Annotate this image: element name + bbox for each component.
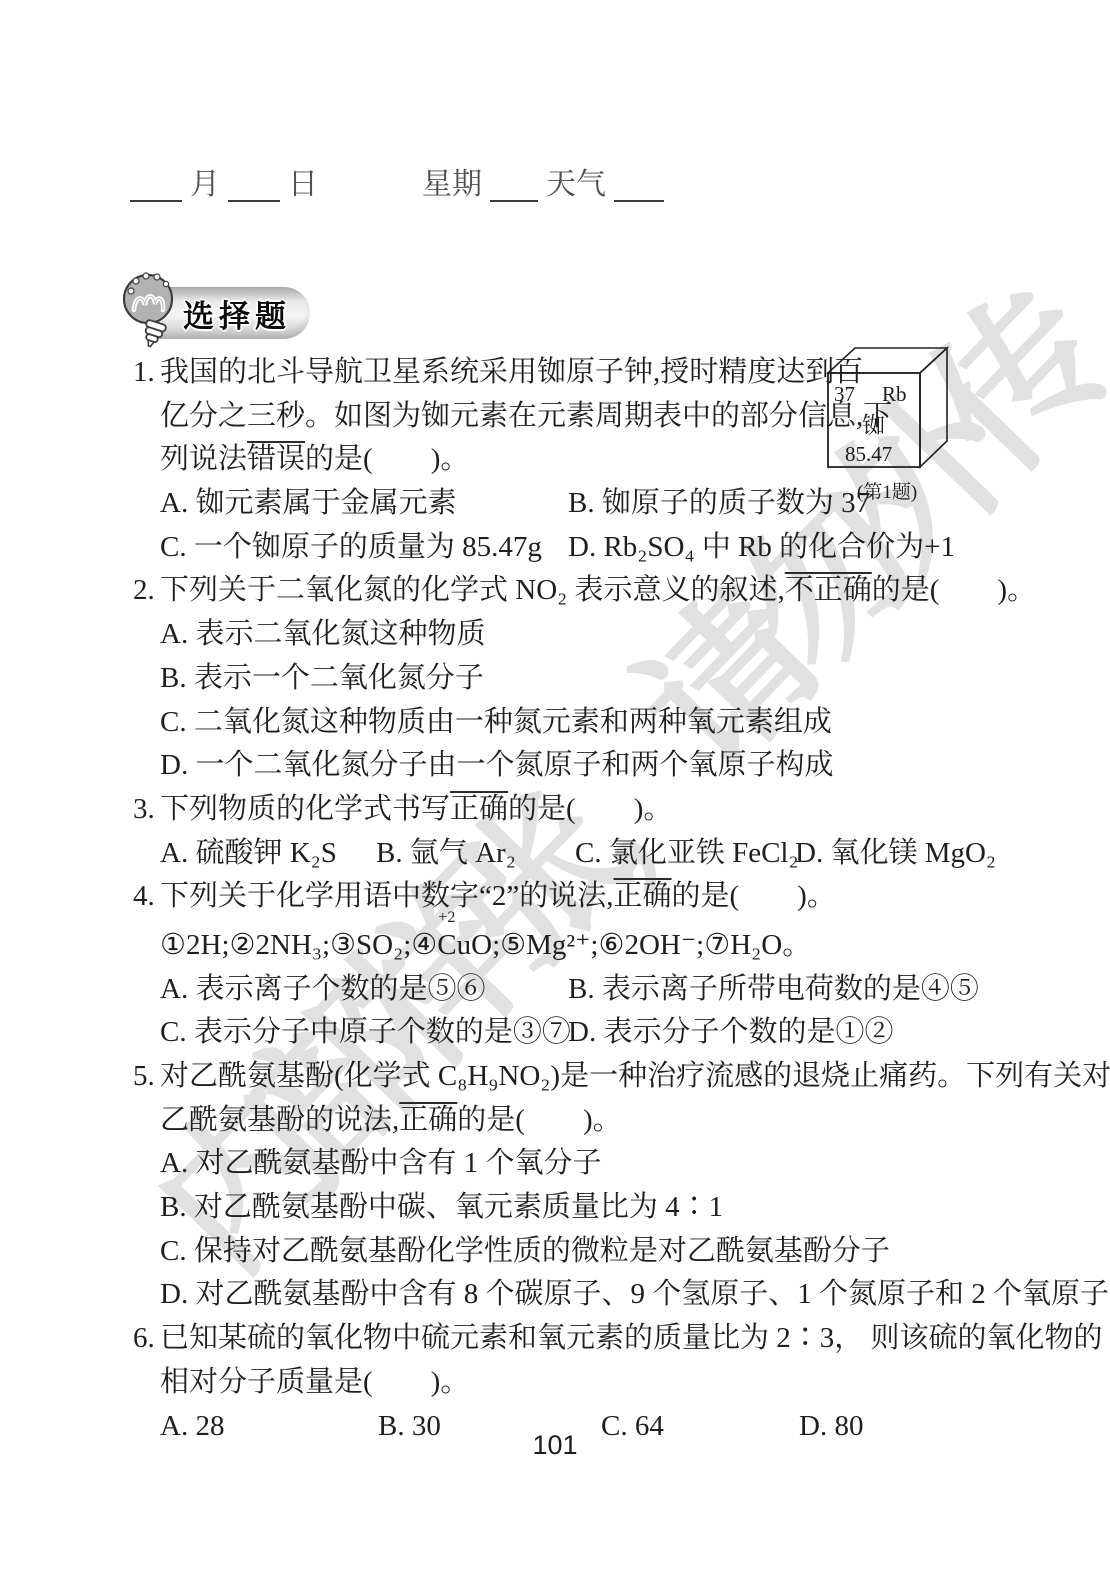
- q1-option-d: D. Rb₂SO₄ 中 Rb 的化合价为+1: [568, 526, 955, 570]
- q5-option-a: A. 对乙酰氨基酚中含有 1 个氧分子: [160, 1142, 601, 1186]
- q5-option-row-d: D. 对乙酰氨基酚中含有 8 个碳原子、9 个氢原子、1 个氮原子和 2 个氧原…: [133, 1273, 993, 1317]
- q3-stem-line1: 3. 下列物质的化学式书写正确的是( )。: [133, 788, 993, 832]
- q1-stem-text: 亿分之三秒。如图为铷元素在元素周期表中的部分信息,下: [160, 395, 892, 439]
- q5-option-row-c: C. 保持对乙酰氨基酚化学性质的微粒是对乙酰氨基酚分子: [133, 1230, 993, 1274]
- q4-option-d: D. 表示分子个数的是①②: [568, 1011, 893, 1055]
- month-blank: [130, 170, 182, 202]
- q4-formula-line: ①2H;②2NH₃;③SO₂;④+2CuO;⑤Mg²⁺;⑥2OH⁻;⑦H₂O。: [133, 924, 993, 968]
- q6-number: 6.: [133, 1317, 155, 1361]
- q4-stem-line1: 4. 下列关于化学用语中数字“2”的说法,正确的是( )。: [133, 875, 993, 919]
- q4-emphasis-word: 正确: [614, 880, 672, 912]
- q1-stem-line3: 列说法错误的是( )。: [133, 438, 993, 482]
- q4-formula-segment: O;⑤Mg²⁺;⑥2OH⁻;⑦H₂O。: [471, 929, 811, 961]
- q5-option-row-a: A. 对乙酰氨基酚中含有 1 个氧分子: [133, 1142, 993, 1186]
- q1-answer-blank: 的是( )。: [305, 443, 469, 475]
- week-label: 星期: [422, 168, 482, 202]
- q1-option-b: B. 铷原子的质子数为 37: [568, 482, 870, 526]
- q5-stem-text: 乙酰氨基酚的说法,: [160, 1104, 399, 1136]
- q4-option-c: C. 表示分子中原子个数的是③⑦: [160, 1011, 571, 1055]
- q4-stem-text: 下列关于化学用语中数字“2”的说法,: [160, 880, 614, 912]
- q2-stem-text: 下列关于二氧化氮的化学式 NO₂ 表示意义的叙述,不正确的是( )。: [160, 569, 1036, 613]
- week-blank: [490, 170, 538, 202]
- q5-option-c: C. 保持对乙酰氨基酚化学性质的微粒是对乙酰氨基酚分子: [160, 1230, 890, 1274]
- q5-option-b: B. 对乙酰氨基酚中碳、氧元素质量比为 4∶1: [160, 1186, 723, 1230]
- q1-options-row2: C. 一个铷原子的质量为 85.47g D. Rb₂SO₄ 中 Rb 的化合价为…: [133, 526, 993, 570]
- q2-option-c: C. 二氧化氮这种物质由一种氮元素和两种氧元素组成: [160, 701, 832, 745]
- q4-option-a: A. 表示离子个数的是⑤⑥: [160, 968, 485, 1012]
- q4-stem-text: 下列关于化学用语中数字“2”的说法,正确的是( )。: [160, 875, 836, 919]
- q4-options-row2: C. 表示分子中原子个数的是③⑦ D. 表示分子个数的是①②: [133, 1011, 993, 1055]
- q3-emphasis-word: 正确: [450, 793, 508, 825]
- q2-number: 2.: [133, 569, 155, 613]
- q1-stem-text: 列说法错误的是( )。: [160, 438, 469, 482]
- q2-stem-line1: 2. 下列关于二氧化氮的化学式 NO₂ 表示意义的叙述,不正确的是( )。: [133, 569, 993, 613]
- q2-option-row-d: D. 一个二氧化氮分子由一个氮原子和两个氧原子构成: [133, 744, 993, 788]
- q3-number: 3.: [133, 788, 155, 832]
- q3-stem-text: 下列物质的化学式书写正确的是( )。: [160, 788, 672, 832]
- q1-stem-line1: 1. 我国的北斗导航卫星系统采用铷原子钟,授时精度达到百: [133, 351, 993, 395]
- q2-option-row-a: A. 表示二氧化氮这种物质: [133, 613, 993, 657]
- q3-answer-blank: 的是( )。: [508, 793, 672, 825]
- q2-option-row-b: B. 表示一个二氧化氮分子: [133, 657, 993, 701]
- q1-stem-line2: 亿分之三秒。如图为铷元素在元素周期表中的部分信息,下: [133, 395, 993, 439]
- q4-answer-blank: 的是( )。: [672, 880, 836, 912]
- q6-stem-line2: 相对分子质量是( )。: [133, 1361, 993, 1405]
- q5-stem-text: 乙酰氨基酚的说法,正确的是( )。: [160, 1099, 622, 1143]
- q2-emphasis-word: 不正确: [785, 574, 872, 606]
- q5-option-row-b: B. 对乙酰氨基酚中碳、氧元素质量比为 4∶1: [133, 1186, 993, 1230]
- q5-number: 5.: [133, 1055, 155, 1099]
- q4-oxidation-number: +2: [438, 910, 455, 926]
- q4-formula-segment: ①2H;②2NH₃;③SO₂;④: [160, 929, 437, 961]
- q3-option-c: C. 氯化亚铁 FeCl₂: [575, 832, 799, 876]
- q4-cu-symbol: Cu: [437, 929, 471, 961]
- date-line: 月 日 星期 天气: [130, 162, 664, 202]
- q5-option-d: D. 对乙酰氨基酚中含有 8 个碳原子、9 个氢原子、1 个氮原子和 2 个氧原…: [160, 1273, 1109, 1317]
- q2-option-d: D. 一个二氧化氮分子由一个氮原子和两个氧原子构成: [160, 744, 833, 788]
- q2-stem-text: 下列关于二氧化氮的化学式 NO₂ 表示意义的叙述,: [160, 574, 785, 606]
- page-number: 101: [0, 1430, 1110, 1461]
- q3-stem-text: 下列物质的化学式书写: [160, 793, 450, 825]
- day-blank: [228, 170, 280, 202]
- q4-cu-oxidation-stack: +2Cu: [437, 924, 471, 968]
- q1-option-a: A. 铷元素属于金属元素: [160, 482, 456, 526]
- weather-blank: [614, 170, 664, 202]
- q1-stem-text: 我国的北斗导航卫星系统采用铷原子钟,授时精度达到百: [160, 351, 863, 395]
- q5-stem-text: 对乙酰氨基酚(化学式 C₈H₉NO₂)是一种治疗流感的退烧止痛药。下列有关对: [160, 1055, 1110, 1099]
- q3-option-d: D. 氧化镁 MgO₂: [795, 832, 996, 876]
- month-label: 月: [190, 168, 220, 202]
- q1-number: 1.: [133, 351, 155, 395]
- q1-option-c: C. 一个铷原子的质量为 85.47g: [160, 526, 542, 570]
- q1-options-row1: A. 铷元素属于金属元素 B. 铷原子的质子数为 37: [133, 482, 993, 526]
- q3-options-row: A. 硫酸钾 K₂S B. 氩气 Ar₂ C. 氯化亚铁 FeCl₂ D. 氧化…: [133, 832, 993, 876]
- q5-stem-line1: 5. 对乙酰氨基酚(化学式 C₈H₉NO₂)是一种治疗流感的退烧止痛药。下列有关…: [133, 1055, 993, 1099]
- q6-stem-line1: 6. 已知某硫的氧化物中硫元素和氧元素的质量比为 2∶3， 则该硫的氧化物的: [133, 1317, 993, 1361]
- q2-option-a: A. 表示二氧化氮这种物质: [160, 613, 485, 657]
- q6-answer-blank: 相对分子质量是( )。: [160, 1361, 469, 1405]
- q5-stem-line2: 乙酰氨基酚的说法,正确的是( )。: [133, 1099, 993, 1143]
- q1-emphasis-word: 错误: [247, 443, 305, 475]
- q5-emphasis-word: 正确: [399, 1104, 457, 1136]
- q1-stem-text: 列说法: [160, 443, 247, 475]
- q3-option-a: A. 硫酸钾 K₂S: [160, 832, 337, 876]
- q4-option-b: B. 表示离子所带电荷数的是④⑤: [568, 968, 979, 1012]
- q5-answer-blank: 的是( )。: [457, 1104, 621, 1136]
- q2-option-row-c: C. 二氧化氮这种物质由一种氮元素和两种氧元素组成: [133, 701, 993, 745]
- weather-label: 天气: [546, 168, 606, 202]
- q2-answer-blank: 的是( )。: [872, 574, 1036, 606]
- q3-option-b: B. 氩气 Ar₂: [376, 832, 516, 876]
- day-label: 日: [288, 168, 318, 202]
- q2-option-b: B. 表示一个二氧化氮分子: [160, 657, 484, 701]
- section-title: 选择题: [171, 291, 291, 336]
- q4-formula-text: ①2H;②2NH₃;③SO₂;④+2CuO;⑤Mg²⁺;⑥2OH⁻;⑦H₂O。: [160, 924, 811, 968]
- lightbulb-icon: [118, 264, 184, 356]
- q4-number: 4.: [133, 875, 155, 919]
- q6-stem-text: 已知某硫的氧化物中硫元素和氧元素的质量比为 2∶3， 则该硫的氧化物的: [160, 1317, 1103, 1361]
- q4-options-row1: A. 表示离子个数的是⑤⑥ B. 表示离子所带电荷数的是④⑤: [133, 968, 993, 1012]
- question-list: 1. 我国的北斗导航卫星系统采用铷原子钟,授时精度达到百 亿分之三秒。如图为铷元…: [133, 351, 993, 1448]
